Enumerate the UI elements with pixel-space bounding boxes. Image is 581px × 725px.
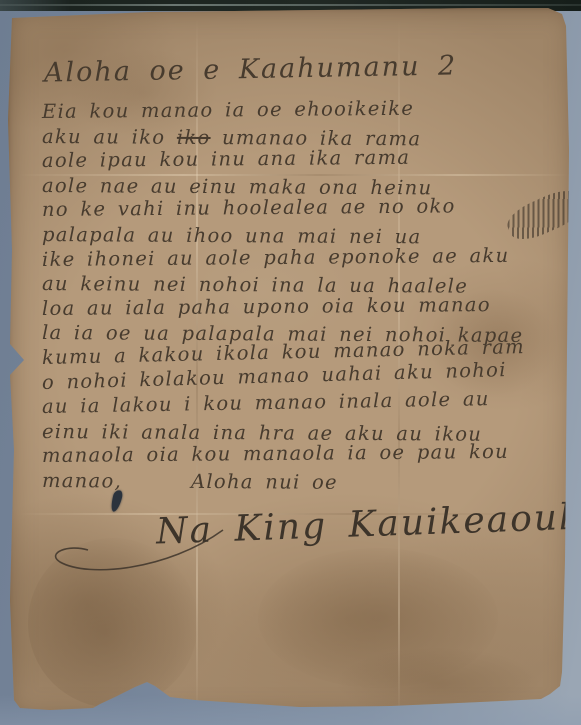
letter-line: manaola oia kou manaola ia oe pau kou — [42, 440, 572, 469]
paper-stain — [258, 548, 498, 688]
letter-line: ike ihonei au aole paha eponoke ae aku — [42, 243, 572, 272]
letter-line: loa au iala paha upono oia kou manao — [42, 292, 572, 321]
paper-stain — [28, 538, 198, 708]
letter-line: Eia kou manao ia oe ehooikeike — [42, 95, 572, 124]
letter-line-segment: aku au iko — [42, 125, 177, 149]
binding-edge-highlight — [0, 4, 581, 6]
letter-line: manao, Aloha nui oe — [42, 469, 572, 497]
letter-line: no ke vahi inu hoolealea ae no oko — [42, 194, 572, 223]
letter-line: aole ipau kou inu ana ika rama — [42, 145, 572, 174]
letter-body: Eia kou manao ia oe ehooikeike aku au ik… — [42, 100, 572, 494]
letter-salutation: Aloha oe e Kaahumanu 2 — [44, 50, 458, 88]
letter-paper: Aloha oe e Kaahumanu 2 Eia kou manao ia … — [8, 8, 574, 718]
scanned-letter-page: Aloha oe e Kaahumanu 2 Eia kou manao ia … — [0, 0, 581, 725]
struck-out-word: iko — [177, 125, 211, 148]
signature: Na King Kauikeaouli — [155, 497, 581, 553]
